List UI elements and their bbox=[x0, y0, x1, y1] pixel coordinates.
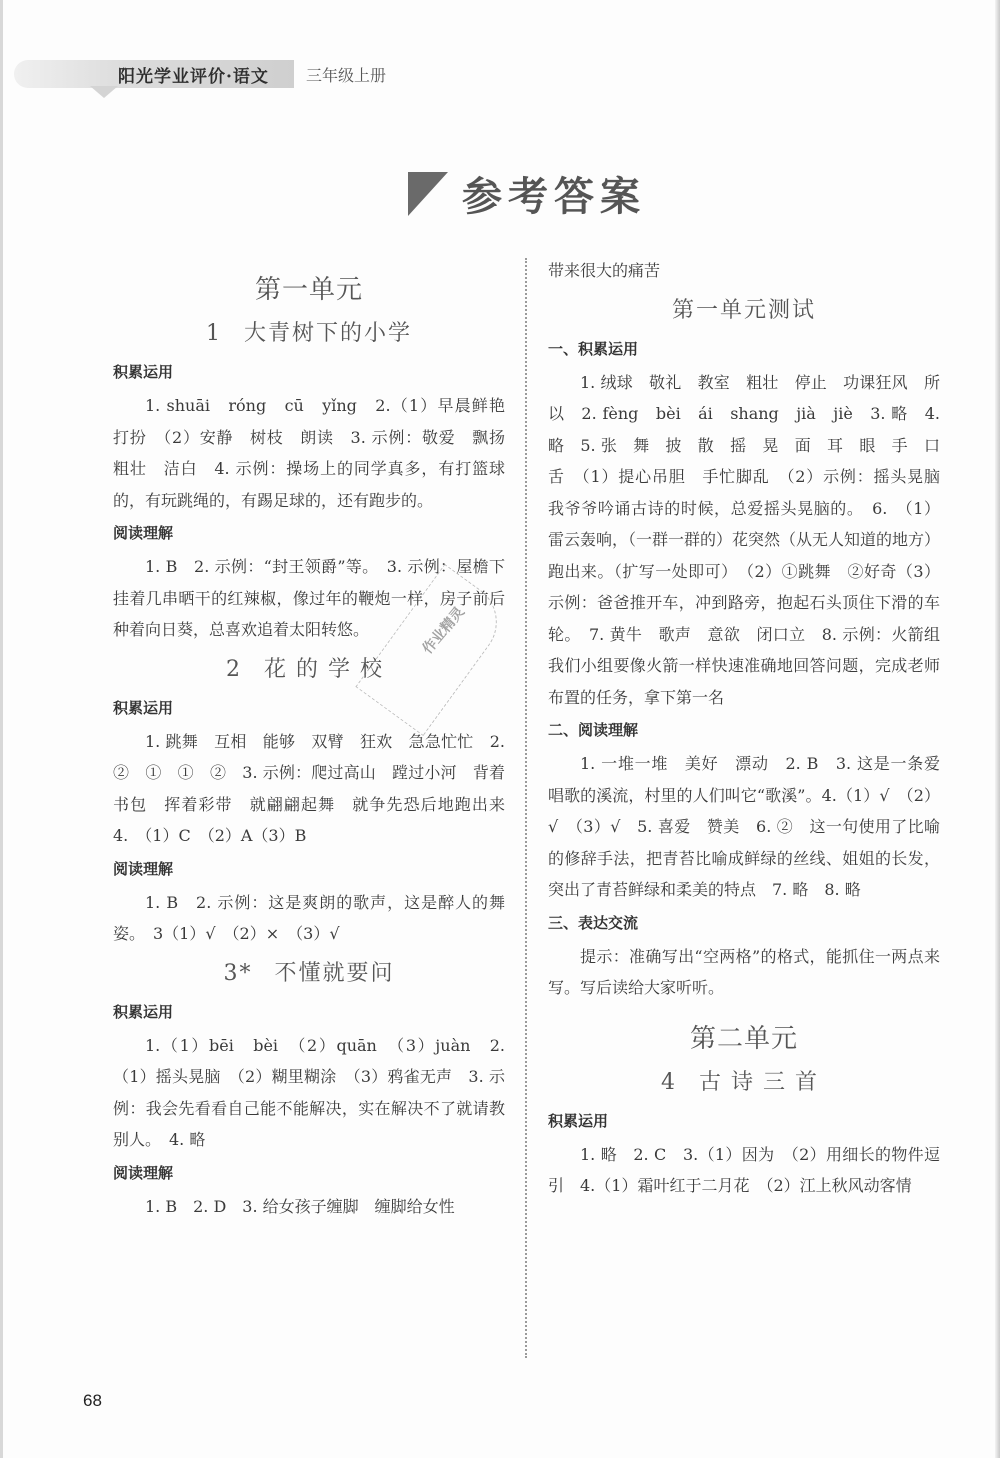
section-heading: 积累运用 bbox=[113, 697, 505, 718]
lesson-name: 大青树下的小学 bbox=[244, 321, 412, 346]
answer-paragraph: 1. 略 2. C 3.（1）因为 （2）用细长的物件逗引 4.（1）霜叶红于二… bbox=[548, 1139, 940, 1202]
section-heading: 阅读理解 bbox=[113, 858, 505, 879]
grade-label: 三年级上册 bbox=[306, 63, 386, 86]
lesson-number: 3* bbox=[223, 961, 252, 986]
answer-paragraph: 1. 跳舞 互相 能够 双臂 狂欢 急急忙忙 2. ② ① ① ② 3. 示例：… bbox=[113, 726, 505, 852]
lesson-name: 花的学校 bbox=[264, 657, 392, 682]
lesson-title: 4古诗三首 bbox=[548, 1065, 940, 1096]
answer-paragraph: 1. B 2. 示例：“封王领爵”等。 3. 示例：屋檐下挂着几串晒干的红辣椒，… bbox=[113, 551, 505, 646]
answer-paragraph: 提示：准确写出“空两格”的格式，能抓住一两点来写。写后读给大家听听。 bbox=[548, 941, 940, 1004]
right-column: 带来很大的痛苦 第一单元测试 一、积累运用 1. 绒球 敬礼 教室 粗壮 停止 … bbox=[548, 255, 940, 1206]
answer-paragraph: 1. B 2. D 3. 给女孩子缠脚 缠脚给女性 bbox=[113, 1191, 505, 1223]
answer-paragraph: 1. B 2. 示例：这是爽朗的歌声，这是醉人的舞姿。 3（1）√ （2）× （… bbox=[113, 887, 505, 950]
lesson-title: 3*不懂就要问 bbox=[113, 956, 505, 987]
unit-title: 第一单元 bbox=[113, 269, 505, 306]
triangle-icon bbox=[408, 172, 448, 216]
section-heading: 阅读理解 bbox=[113, 1162, 505, 1183]
column-divider bbox=[525, 258, 527, 1358]
lesson-name: 不懂就要问 bbox=[274, 961, 394, 986]
unit-title: 第二单元 bbox=[548, 1018, 940, 1055]
page-title: 参考答案 bbox=[462, 165, 646, 222]
header-ribbon-notch bbox=[90, 86, 118, 98]
lesson-title: 1大青树下的小学 bbox=[113, 316, 505, 347]
section-heading: 三、表达交流 bbox=[548, 912, 940, 933]
page-number: 68 bbox=[83, 1391, 102, 1411]
left-column: 第一单元 1大青树下的小学 积累运用 1. shuāi róng cū yǐng… bbox=[113, 255, 505, 1226]
section-heading: 一、积累运用 bbox=[548, 338, 940, 359]
section-heading: 积累运用 bbox=[548, 1110, 940, 1131]
section-heading: 阅读理解 bbox=[113, 522, 505, 543]
page-binding-edge bbox=[995, 0, 1000, 1458]
continued-paragraph: 带来很大的痛苦 bbox=[548, 255, 940, 287]
lesson-number: 4 bbox=[661, 1070, 677, 1095]
book-title: 阳光学业评价·语文 bbox=[118, 62, 269, 87]
section-heading: 积累运用 bbox=[113, 1001, 505, 1022]
lesson-name: 古诗三首 bbox=[699, 1070, 827, 1095]
test-title: 第一单元测试 bbox=[548, 293, 940, 324]
lesson-number: 2 bbox=[226, 657, 242, 682]
section-heading: 积累运用 bbox=[113, 361, 505, 382]
answer-paragraph: 1. 绒球 敬礼 教室 粗壮 停止 功课狂风 所以 2. fèng bèi ái… bbox=[548, 367, 940, 714]
lesson-number: 1 bbox=[206, 321, 222, 346]
main-title-block: 参考答案 bbox=[408, 165, 646, 222]
answer-paragraph: 1. 一堆一堆 美好 漂动 2. B 3. 这是一条爱唱歌的溪流，村里的人们叫它… bbox=[548, 748, 940, 906]
section-heading: 二、阅读理解 bbox=[548, 719, 940, 740]
answer-paragraph: 1. shuāi róng cū yǐng 2.（1）早晨鲜艳 打扮 （2）安静… bbox=[113, 390, 505, 516]
answer-paragraph: 1.（1）bēi bèi （2）quān （3）juàn 2.（1）摇头晃脑 （… bbox=[113, 1030, 505, 1156]
page-left-edge bbox=[0, 0, 3, 1458]
lesson-title: 2花的学校 bbox=[113, 652, 505, 683]
